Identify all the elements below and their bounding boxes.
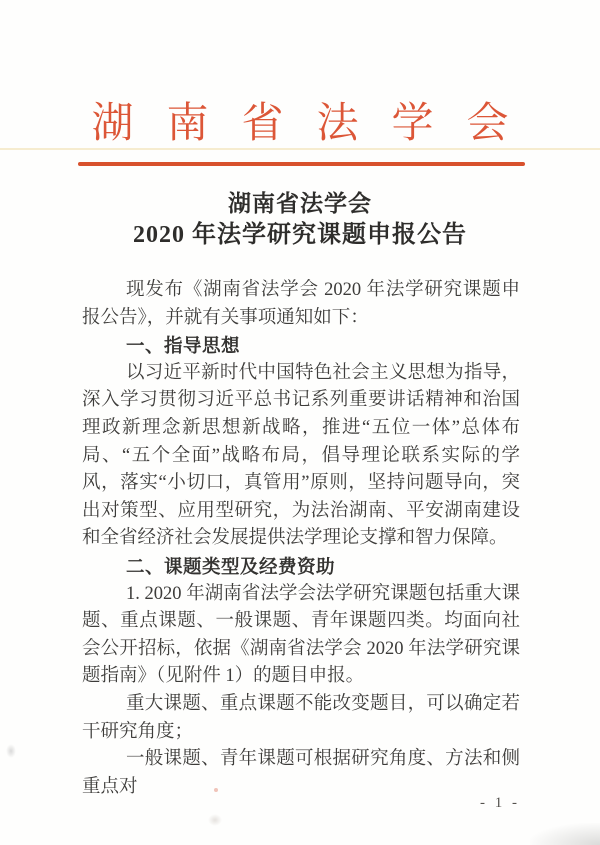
letterhead-org-name-text: 湖南省法学会 — [91, 101, 541, 147]
document-title-line1: 湖南省法学会 — [0, 188, 600, 219]
letterhead-faint-line — [0, 148, 600, 150]
paragraph-major-topics: 重大课题、重点课题不能改变题目，可以确定若干研究角度； — [82, 691, 520, 746]
paragraph-topic-types: 1. 2020 年湖南省法学会法学研究课题包括重大课题、重点课题、一般课题、青年… — [82, 581, 520, 691]
scan-smudge-left-edge — [6, 744, 16, 758]
section-heading-1: 一、指导思想 — [82, 332, 520, 360]
paragraph-intro: 现发布《湖南省法学会 2020 年法学研究课题申报公告》，并就有关事项通知如下： — [82, 277, 520, 332]
scan-corner-shadow — [530, 823, 600, 845]
scanned-document-page: 湖南省法学会 湖南省法学会 2020 年法学研究课题申报公告 现发布《湖南省法学… — [0, 0, 600, 845]
document-title: 湖南省法学会 2020 年法学研究课题申报公告 — [0, 188, 600, 251]
document-title-line2: 2020 年法学研究课题申报公告 — [0, 219, 600, 251]
section-heading-2: 二、课题类型及经费资助 — [82, 553, 520, 581]
page-number: - 1 - — [470, 795, 530, 812]
letterhead-org-name: 湖南省法学会 — [0, 100, 600, 148]
paragraph-general-topics: 一般课题、青年课题可根据研究角度、方法和侧重点对 — [82, 746, 520, 801]
scan-smudge-bottom — [208, 814, 222, 826]
document-body: 现发布《湖南省法学会 2020 年法学研究课题申报公告》，并就有关事项通知如下：… — [82, 277, 520, 801]
paragraph-guiding-ideology: 以习近平新时代中国特色社会主义思想为指导，深入学习贯彻习近平总书记系列重要讲话精… — [82, 360, 520, 553]
letterhead-red-rule — [78, 162, 525, 166]
